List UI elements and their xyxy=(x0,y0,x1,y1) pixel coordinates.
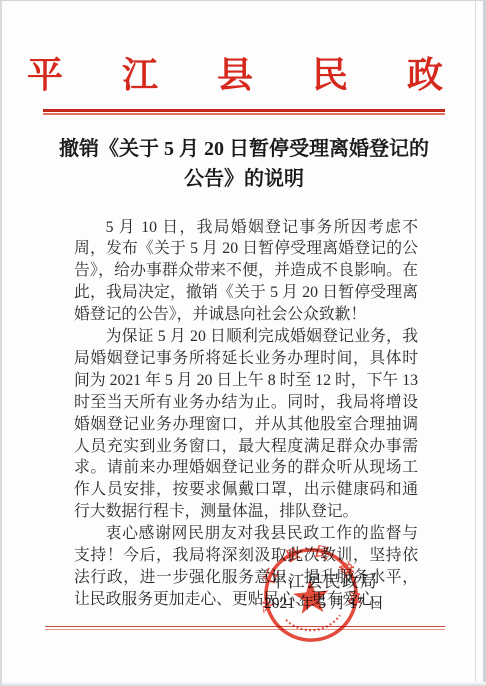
scan-edge-bottom xyxy=(2,682,486,686)
document-page: 平 江 县 民 政 局 撤销《关于 5 月 20 日暂停受理离婚登记的 公告》的… xyxy=(0,0,486,686)
document-body: 5 月 10 日，我局婚姻登记事务所因考虑不周，发布《关于 5 月 20 日暂停… xyxy=(74,217,418,611)
document-title-line1: 撤销《关于 5 月 20 日暂停受理离婚登记的 xyxy=(2,134,486,164)
letterhead-rule-thin xyxy=(43,113,445,115)
body-paragraph: 5 月 10 日，我局婚姻登记事务所因考虑不周，发布《关于 5 月 20 日暂停… xyxy=(74,217,418,327)
footer-rule-line1 xyxy=(45,626,445,627)
seal-code-dots xyxy=(286,615,341,632)
footer-rule xyxy=(45,626,445,630)
letterhead-org-name: 平 江 县 民 政 局 xyxy=(2,54,486,96)
official-seal: 平江县民政局 xyxy=(258,542,364,648)
letterhead: 平 江 县 民 政 局 xyxy=(2,1,486,96)
body-paragraph: 为保证 5 月 20 日顺利完成婚姻登记业务，我局婚姻登记事务所将延长业务办理时… xyxy=(74,326,418,523)
letterhead-rule xyxy=(43,109,445,115)
document-title-line2: 公告》的说明 xyxy=(2,164,486,194)
letterhead-rule-thick xyxy=(43,109,445,112)
scan-edge-line xyxy=(475,1,476,686)
document-title: 撤销《关于 5 月 20 日暂停受理离婚登记的 公告》的说明 xyxy=(2,134,486,194)
star-icon xyxy=(292,578,330,615)
footer-rule-line2 xyxy=(45,629,445,630)
